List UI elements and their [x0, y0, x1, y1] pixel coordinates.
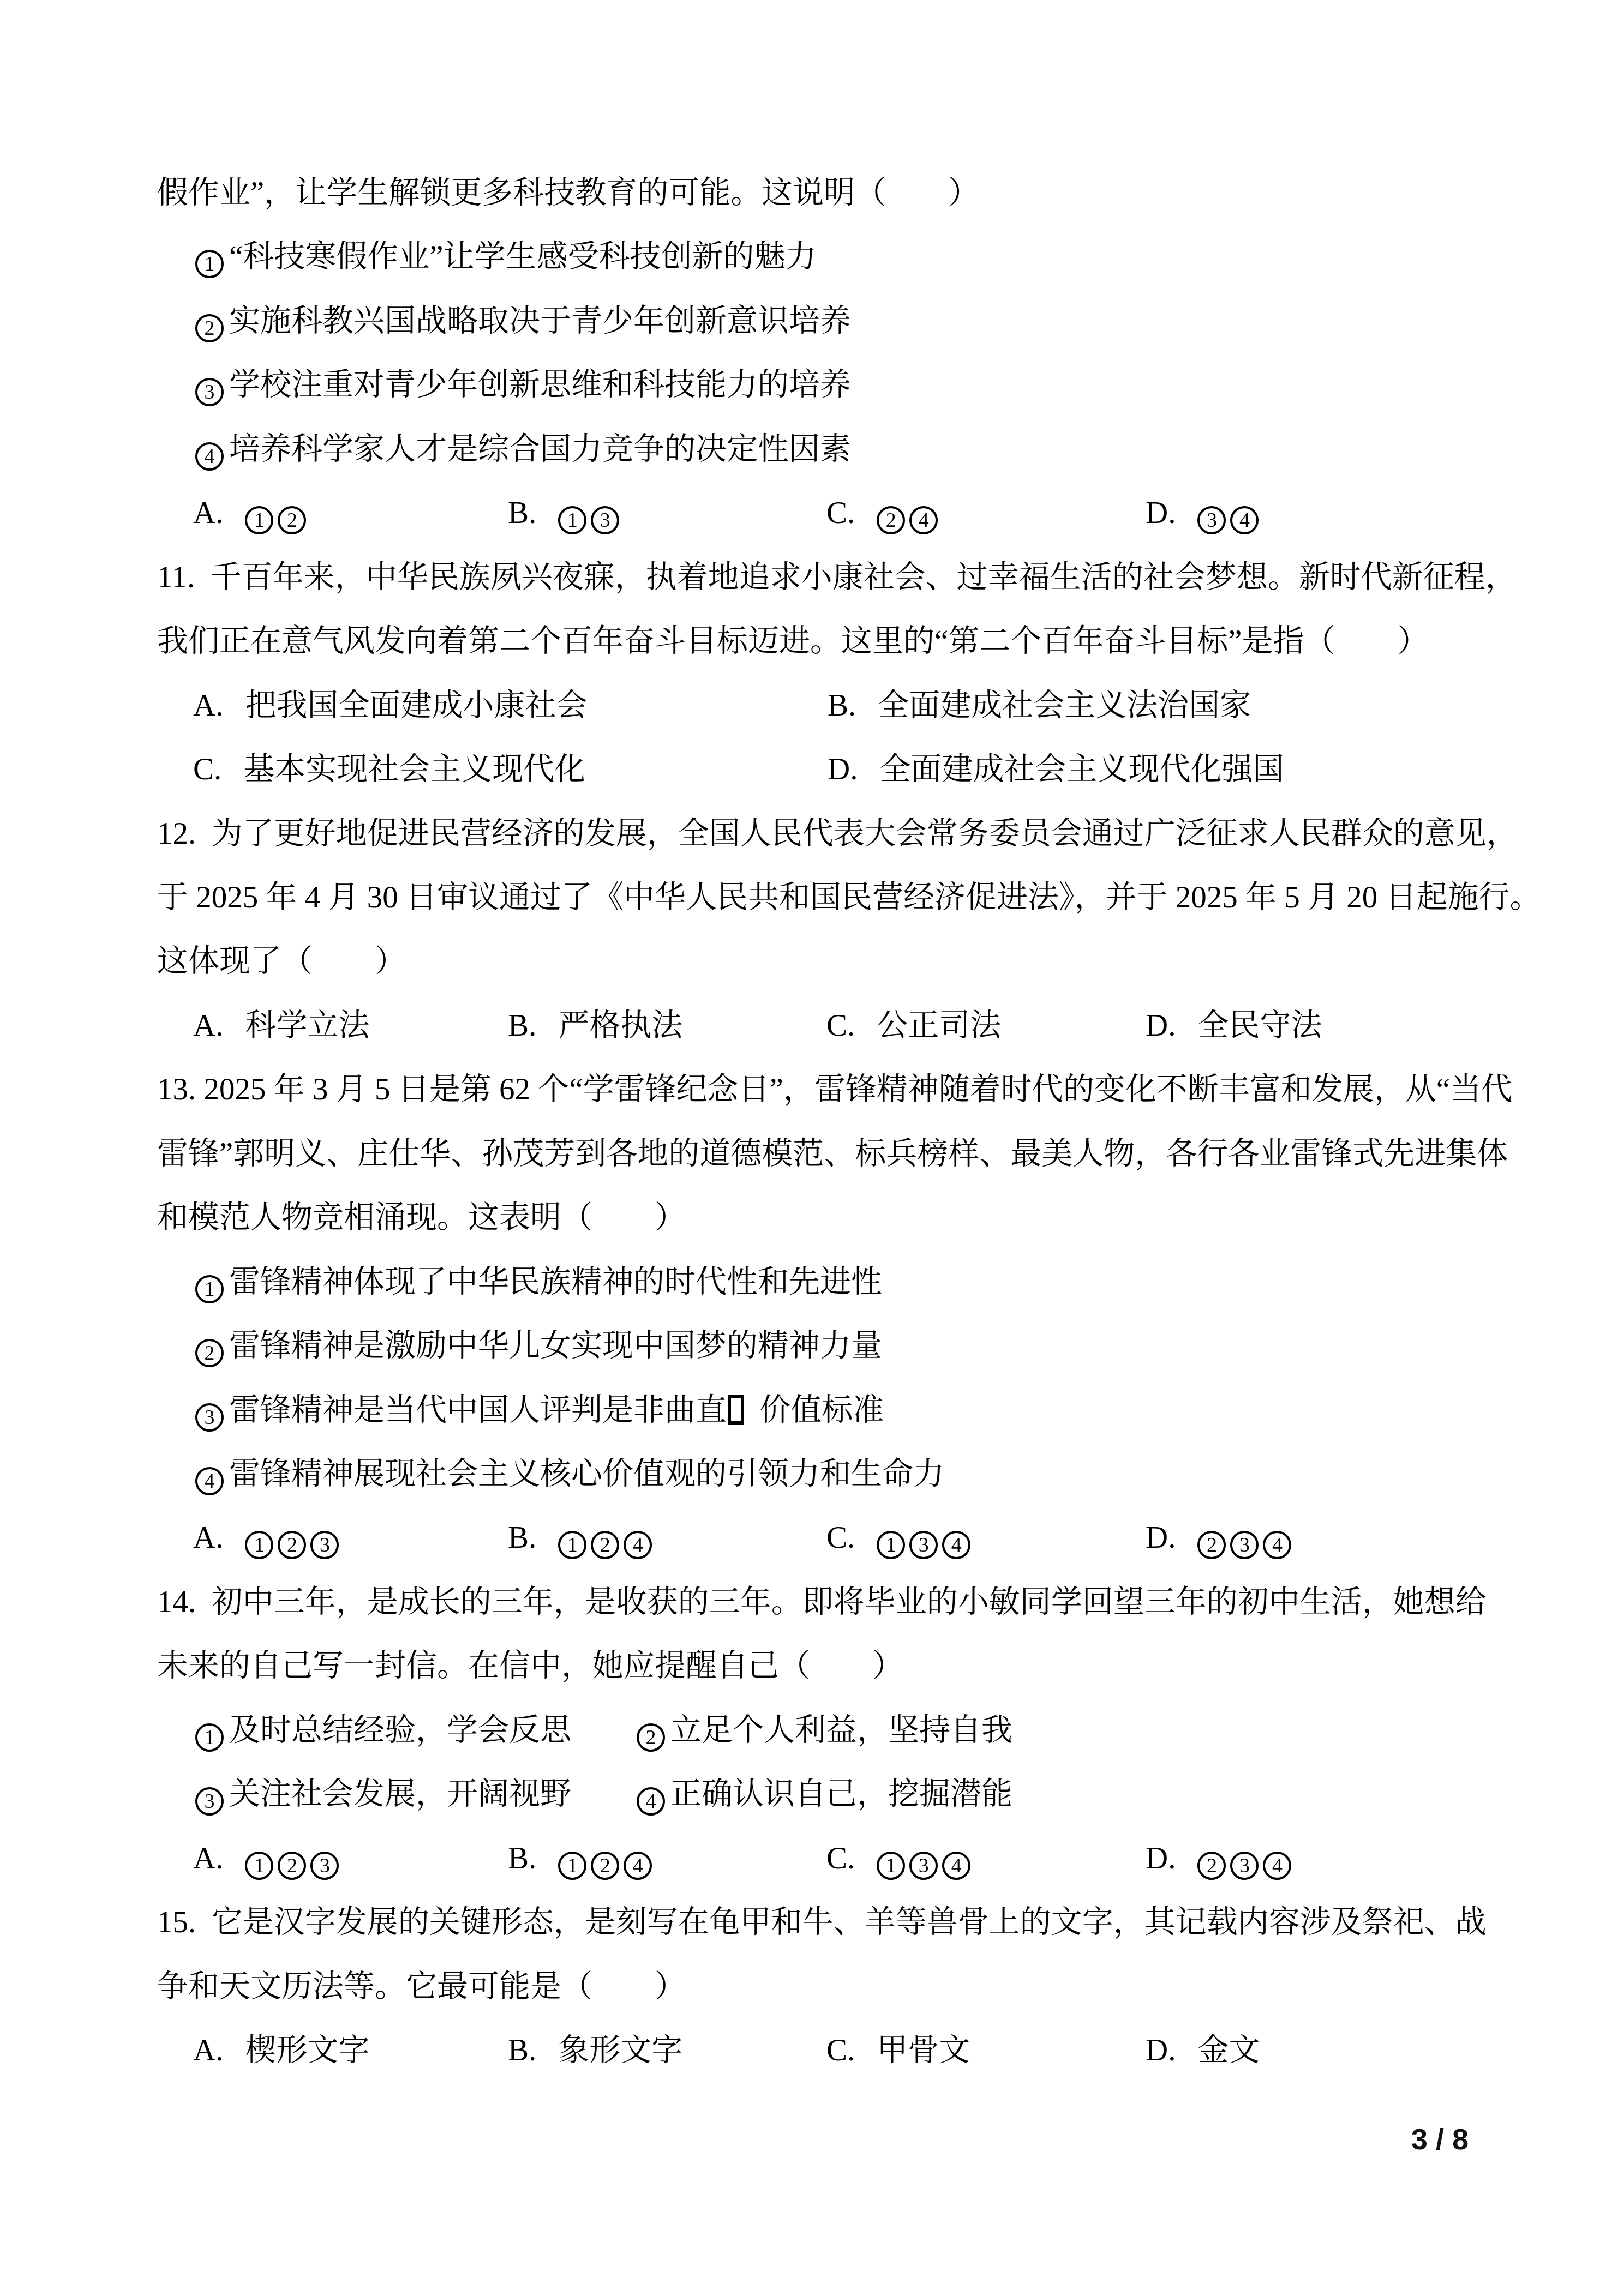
option: D.全民守法	[1146, 1009, 1322, 1042]
option: C.24	[826, 497, 940, 534]
circled-digit-icon: 2	[1197, 1531, 1226, 1559]
circled-digit-value: 1	[567, 1535, 578, 1555]
option-label: B.	[508, 1522, 536, 1554]
text-run: 这体现了（ ）	[157, 944, 406, 978]
text-run: 和模范人物竞相涌现。这表明（ ）	[157, 1200, 686, 1235]
circled-digit-icon: 2	[637, 1723, 665, 1752]
circled-digit-value: 2	[205, 318, 215, 339]
option: D.234	[1146, 1842, 1293, 1880]
option: B.13	[508, 497, 621, 534]
option-label: C.	[826, 1009, 855, 1042]
question-text-line: 未来的自己写一封信。在信中，她应提醒自己（ ）	[157, 1650, 1624, 1682]
choice-item-line: 2实施科教兴国战略取决于青少年创新意识培养	[195, 305, 1624, 342]
circled-digit-value: 1	[567, 510, 578, 531]
option: A.123	[193, 1522, 341, 1559]
option-label: B.	[508, 2034, 536, 2067]
circled-digit-icon: 3	[909, 1531, 938, 1559]
question-text-line: 12. 为了更好地促进民营经济的发展，全国人民代表大会常务委员会通过广泛征求人民…	[157, 818, 1624, 850]
circled-digit-value: 2	[600, 1855, 610, 1876]
circled-digit-icon: 1	[195, 1275, 224, 1303]
circled-digit-icon: 3	[591, 506, 619, 534]
circled-digit-icon: 4	[195, 1467, 224, 1495]
question-text-line: 雷锋”郭明义、庄仕华、孙茂芳到各地的道德模范、标兵榜样、最美人物，各行各业雷锋式…	[157, 1138, 1624, 1170]
circled-digit-value: 2	[600, 1535, 610, 1555]
circled-digit-value: 3	[205, 382, 215, 402]
question-text-line: 争和天文历法等。它最可能是（ ）	[157, 1970, 1624, 2003]
circled-digit-icon: 4	[1263, 1531, 1291, 1559]
circled-digit-value: 4	[951, 1535, 962, 1555]
text-run: 学校注重对青少年创新思维和科技能力的培养	[229, 368, 851, 402]
circled-digit-value: 3	[205, 1407, 215, 1428]
circled-digit-icon: 4	[942, 1852, 970, 1880]
circled-digit-icon: 4	[942, 1531, 970, 1559]
text-run: 价值标准	[752, 1393, 884, 1427]
circled-digit-icon: 4	[1263, 1852, 1291, 1880]
circled-digit-icon: 4	[624, 1531, 652, 1559]
option-label: D.	[1146, 1522, 1176, 1554]
circled-digit-value: 3	[919, 1535, 929, 1555]
text-run: 象形文字	[558, 2033, 682, 2067]
circled-digit-icon: 3	[195, 378, 224, 406]
choice-item: 3关注社会发展，开阔视野	[195, 1778, 571, 1816]
exam-page: 假作业”，让学生解锁更多科技教育的可能。这说明（ ）1“科技寒假作业”让学生感受…	[0, 0, 1624, 2296]
circled-digit-icon: 2	[278, 1531, 306, 1559]
circled-digit-value: 4	[205, 1471, 215, 1492]
circled-digit-value: 3	[320, 1855, 330, 1876]
choice-item-line: 2雷锋精神是激励中华儿女实现中国梦的精神力量	[195, 1330, 1624, 1367]
circled-digit-icon: 2	[195, 1339, 224, 1367]
circled-digit-icon: 1	[877, 1531, 905, 1559]
circled-digit-icon: 4	[195, 442, 224, 471]
option-label: C.	[193, 753, 221, 786]
text-run: 全面建成社会主义现代化强国	[879, 752, 1284, 786]
circled-digit-value: 3	[205, 1791, 215, 1812]
text-run: 我们正在意气风发向着第二个百年奋斗目标迈进。这里的“第二个百年奋斗目标”是指（ …	[157, 624, 1429, 658]
choice-item-line: 1“科技寒假作业”让学生感受科技创新的魅力	[195, 241, 1624, 278]
option-label: D.	[1146, 1009, 1176, 1042]
choice-item: 2立足个人利益，坚持自我	[637, 1714, 1012, 1752]
circled-digit-value: 1	[205, 254, 215, 274]
circled-digit-icon: 3	[310, 1531, 339, 1559]
circled-digit-value: 1	[254, 510, 265, 531]
circled-digit-value: 4	[1272, 1535, 1283, 1555]
option-label: B.	[508, 1842, 536, 1875]
circled-digit-value: 2	[205, 1343, 215, 1363]
option: B.象形文字	[508, 2034, 682, 2067]
text-run: 雷锋精神是激励中华儿女实现中国梦的精神力量	[229, 1329, 882, 1363]
text-run: 全面建成社会主义法治国家	[878, 688, 1251, 723]
text-run: 楔形文字	[245, 2033, 369, 2067]
circled-digit-icon: 3	[310, 1852, 339, 1880]
text-run: 金文	[1197, 2033, 1260, 2067]
circled-digit-value: 2	[287, 1535, 297, 1555]
circled-digit-icon: 3	[1197, 506, 1226, 534]
circled-digit-value: 4	[633, 1535, 643, 1555]
circled-digit-icon: 1	[195, 250, 224, 278]
text-run: 公正司法	[877, 1008, 1001, 1043]
text-run: 13. 2025 年 3 月 5 日是第 62 个“学雷锋纪念日”，雷锋精神随着…	[157, 1072, 1512, 1107]
circled-digit-icon: 1	[245, 1852, 273, 1880]
text-run: 关注社会发展，开阔视野	[229, 1777, 571, 1811]
text-run: 甲骨文	[877, 2033, 970, 2067]
option: B.严格执法	[508, 1009, 682, 1042]
circled-digit-value: 3	[1239, 1855, 1250, 1876]
circled-digit-icon: 2	[877, 506, 905, 534]
text-run: 科学立法	[245, 1008, 369, 1043]
option-label: D.	[1146, 2034, 1176, 2067]
choice-item: 4正确认识自己，挖掘潜能	[637, 1778, 1012, 1816]
circled-digit-value: 1	[886, 1535, 896, 1555]
option-label: C.	[826, 1522, 855, 1554]
circled-digit-icon: 1	[245, 1531, 273, 1559]
circled-digit-icon: 4	[909, 506, 938, 534]
circled-digit-icon: 2	[591, 1531, 619, 1559]
text-run: 把我国全面建成小康社会	[245, 688, 587, 723]
option-label: A.	[193, 1842, 223, 1875]
question-text-line: 13. 2025 年 3 月 5 日是第 62 个“学雷锋纪念日”，雷锋精神随着…	[157, 1073, 1624, 1106]
text-run: 争和天文历法等。它最可能是（ ）	[157, 1969, 686, 2004]
choice-item-line: 3雷锋精神是当代中国人评判是非曲直 价值标准	[195, 1394, 1624, 1432]
circled-digit-icon: 2	[591, 1852, 619, 1880]
option: B.全面建成社会主义法治国家	[828, 689, 1251, 722]
option: C.甲骨文	[826, 2034, 970, 2067]
option-label: B.	[508, 1009, 536, 1042]
circled-digit-value: 1	[254, 1535, 265, 1555]
page-number: 3 / 8	[1411, 2125, 1469, 2154]
circled-digit-icon: 1	[877, 1852, 905, 1880]
circled-digit-value: 1	[205, 1727, 215, 1748]
circled-digit-icon: 4	[624, 1852, 652, 1880]
circled-digit-value: 3	[1207, 510, 1217, 531]
option: A.科学立法	[193, 1009, 369, 1042]
text-run: “科技寒假作业”让学生感受科技创新的魅力	[229, 239, 817, 274]
circled-digit-value: 3	[919, 1855, 929, 1876]
text-run: 正确认识自己，挖掘潜能	[670, 1777, 1012, 1811]
question-text-line: 假作业”，让学生解锁更多科技教育的可能。这说明（ ）	[157, 177, 1624, 209]
circled-digit-value: 4	[1272, 1855, 1283, 1876]
option: B.124	[508, 1522, 654, 1559]
circled-digit-icon: 1	[195, 1723, 224, 1752]
option-label: A.	[193, 1009, 223, 1042]
text-run: 严格执法	[558, 1008, 682, 1043]
text-run: 雷锋精神展现社会主义核心价值观的引领力和生命力	[229, 1457, 944, 1491]
circled-digit-icon: 1	[558, 1531, 586, 1559]
option-label: A.	[193, 497, 223, 530]
option: D.金文	[1146, 2034, 1260, 2067]
circled-digit-value: 4	[951, 1855, 962, 1876]
option-label: D.	[1146, 1842, 1176, 1875]
choice-item-line: 4培养科学家人才是综合国力竞争的决定性因素	[195, 433, 1624, 471]
circled-digit-value: 4	[919, 510, 929, 531]
text-run: 12. 为了更好地促进民营经济的发展，全国人民代表大会常务委员会通过广泛征求人民…	[157, 816, 1518, 851]
text-run: 实施科教兴国战略取决于青少年创新意识培养	[229, 304, 851, 338]
text-run: 基本实现社会主义现代化	[243, 752, 585, 786]
text-run: 及时总结经验，学会反思	[229, 1713, 571, 1747]
circled-digit-icon: 3	[195, 1403, 224, 1432]
option: A.12	[193, 497, 308, 534]
circled-digit-value: 3	[600, 510, 610, 531]
text-run: 未来的自己写一封信。在信中，她应提醒自己（ ）	[157, 1649, 903, 1683]
choice-item-line: 4雷锋精神展现社会主义核心价值观的引领力和生命力	[195, 1458, 1624, 1495]
option-label: A.	[193, 2034, 223, 2067]
missing-glyph-box	[728, 1395, 744, 1425]
option-label: C.	[826, 1842, 855, 1875]
circled-digit-value: 3	[320, 1535, 330, 1555]
circled-digit-value: 2	[287, 1855, 297, 1876]
option: A.123	[193, 1842, 341, 1880]
option-label: C.	[826, 497, 855, 530]
circled-digit-value: 2	[646, 1727, 656, 1748]
circled-digit-value: 1	[254, 1855, 265, 1876]
option: D.全面建成社会主义现代化强国	[828, 753, 1284, 786]
circled-digit-icon: 2	[195, 314, 224, 342]
circled-digit-value: 2	[1207, 1855, 1217, 1876]
circled-digit-value: 2	[1207, 1535, 1217, 1555]
question-text-line: 15. 它是汉字发展的关键形态，是刻写在龟甲和牛、羊等兽骨上的文字，其记载内容涉…	[157, 1906, 1624, 1939]
option: A.把我国全面建成小康社会	[193, 689, 587, 722]
question-text-line: 14. 初中三年，是成长的三年，是收获的三年。即将毕业的小敏同学回望三年的初中生…	[157, 1586, 1624, 1619]
question-text-line: 于 2025 年 4 月 30 日审议通过了《中华人民共和国民营经济促进法》，并…	[157, 881, 1624, 914]
option-label: B.	[508, 497, 536, 530]
choice-item: 1及时总结经验，学会反思	[195, 1714, 571, 1752]
circled-digit-value: 2	[287, 510, 297, 531]
circled-digit-icon: 4	[637, 1787, 665, 1816]
option-label: D.	[828, 753, 858, 786]
text-run: 雷锋精神体现了中华民族精神的时代性和先进性	[229, 1265, 882, 1299]
circled-digit-icon: 3	[1230, 1531, 1259, 1559]
choice-item-line: 3学校注重对青少年创新思维和科技能力的培养	[195, 369, 1624, 406]
option: D.34	[1146, 497, 1261, 534]
option: C.公正司法	[826, 1009, 1001, 1042]
circled-digit-icon: 2	[278, 506, 306, 534]
circled-digit-icon: 4	[1230, 506, 1259, 534]
circled-digit-value: 2	[886, 510, 896, 531]
option-label: B.	[828, 689, 856, 722]
text-run: 15. 它是汉字发展的关键形态，是刻写在龟甲和牛、羊等兽骨上的文字，其记载内容涉…	[157, 1905, 1487, 1939]
text-run: 假作业”，让学生解锁更多科技教育的可能。这说明（ ）	[157, 176, 979, 210]
circled-digit-value: 4	[205, 446, 215, 467]
option: D.234	[1146, 1522, 1293, 1559]
text-with-missing-glyph: 雷锋精神是当代中国人评判是非曲直 价值标准	[229, 1393, 884, 1427]
circled-digit-value: 4	[633, 1855, 643, 1876]
question-text-line: 我们正在意气风发向着第二个百年奋斗目标迈进。这里的“第二个百年奋斗目标”是指（ …	[157, 625, 1624, 658]
circled-digit-value: 4	[1239, 510, 1250, 531]
question-text-line: 这体现了（ ）	[157, 945, 1624, 978]
circled-digit-value: 1	[567, 1855, 578, 1876]
option: C.134	[826, 1842, 973, 1880]
text-run: 14. 初中三年，是成长的三年，是收获的三年。即将毕业的小敏同学回望三年的初中生…	[157, 1585, 1487, 1619]
circled-digit-icon: 1	[245, 506, 273, 534]
option-label: D.	[1146, 497, 1176, 530]
circled-digit-icon: 3	[909, 1852, 938, 1880]
circled-digit-value: 1	[205, 1279, 215, 1300]
circled-digit-value: 3	[1239, 1535, 1250, 1555]
option-label: C.	[826, 2034, 855, 2067]
circled-digit-icon: 2	[1197, 1852, 1226, 1880]
option: B.124	[508, 1842, 654, 1880]
circled-digit-icon: 3	[1230, 1852, 1259, 1880]
option: C.基本实现社会主义现代化	[193, 753, 585, 786]
question-text-line: 11. 千百年来，中华民族夙兴夜寐，执着地追求小康社会、过幸福生活的社会梦想。新…	[157, 561, 1624, 594]
circled-digit-value: 4	[646, 1791, 656, 1812]
option-label: A.	[193, 1522, 223, 1554]
question-text-line: 和模范人物竞相涌现。这表明（ ）	[157, 1201, 1624, 1234]
text-run: 雷锋”郭明义、庄仕华、孙茂芳到各地的道德模范、标兵榜样、最美人物，各行各业雷锋式…	[157, 1137, 1508, 1171]
circled-digit-icon: 1	[558, 1852, 586, 1880]
choice-item-line: 1雷锋精神体现了中华民族精神的时代性和先进性	[195, 1266, 1624, 1303]
option: A.楔形文字	[193, 2034, 369, 2067]
circled-digit-icon: 3	[195, 1787, 224, 1816]
text-run: 11. 千百年来，中华民族夙兴夜寐，执着地追求小康社会、过幸福生活的社会梦想。新…	[157, 560, 1517, 594]
text-run: 全民守法	[1197, 1008, 1322, 1043]
text-run: 雷锋精神是当代中国人评判是非曲直	[229, 1393, 727, 1427]
option: C.134	[826, 1522, 973, 1559]
text-run: 于 2025 年 4 月 30 日审议通过了《中华人民共和国民营经济促进法》，并…	[157, 880, 1541, 915]
circled-digit-icon: 1	[558, 506, 586, 534]
text-run: 立足个人利益，坚持自我	[670, 1713, 1012, 1747]
circled-digit-value: 1	[886, 1855, 896, 1876]
circled-digit-icon: 2	[278, 1852, 306, 1880]
option-label: A.	[193, 689, 223, 722]
text-run: 培养科学家人才是综合国力竞争的决定性因素	[229, 432, 851, 466]
